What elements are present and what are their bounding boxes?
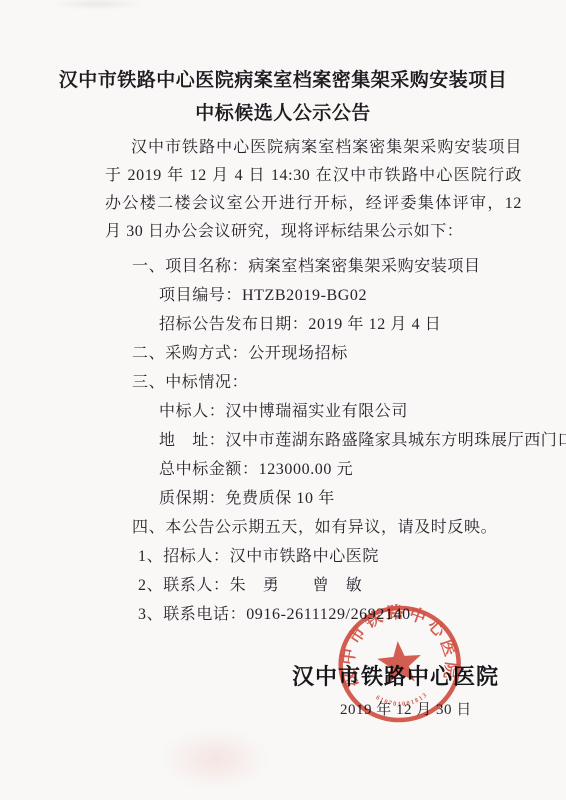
list-item-project-number: 项目编号：HTZB2019-BG02	[105, 281, 522, 310]
opening-paragraph: 汉中市铁路中心医院病案室档案密集架采购安装项目于 2019 年 12 月 4 日…	[105, 134, 522, 246]
list-item-winner: 中标人：汉中博瑞福实业有限公司	[105, 397, 522, 426]
issue-date: 2019 年 12 月 30 日	[340, 698, 472, 719]
list-item-publicity-period: 四、本公告公示期五天，如有异议，请及时反映。	[105, 513, 522, 542]
list-item-procurement-method: 二、采购方式：公开现场招标	[105, 339, 522, 368]
ink-bleed-smudge	[160, 728, 270, 790]
list-item-amount: 总中标金额：123000.00 元	[105, 455, 522, 484]
list-item-address: 地 址：汉中市莲湖东路盛隆家具城东方明珠展厅西门口	[105, 426, 522, 455]
document-title: 汉中市铁路中心医院病案室档案密集架采购安装项目	[20, 71, 546, 91]
list-item-award-section: 三、中标情况：	[105, 368, 522, 397]
document-title-block: 汉中市铁路中心医院病案室档案密集架采购安装项目 中标候选人公示公告	[20, 71, 546, 124]
list-item-warranty: 质保期：免费质保 10 年	[105, 484, 522, 513]
scanned-document-page: 汉中市铁路中心医院病案室档案密集架采购安装项目 中标候选人公示公告 汉中市铁路中…	[0, 0, 566, 800]
list-item-tenderee: 1、招标人：汉中市铁路中心医院	[105, 542, 522, 571]
document-subtitle: 中标候选人公示公告	[20, 104, 546, 124]
document-body: 汉中市铁路中心医院病案室档案密集架采购安装项目于 2019 年 12 月 4 日…	[105, 134, 522, 629]
list-item-announce-date: 招标公告发布日期：2019 年 12 月 4 日	[105, 310, 522, 339]
list-item-project-name: 一、项目名称：病案室档案密集架采购安装项目	[105, 252, 522, 281]
issuer-signature: 汉中市铁路中心医院	[292, 660, 499, 691]
scan-smudge	[48, 0, 148, 8]
